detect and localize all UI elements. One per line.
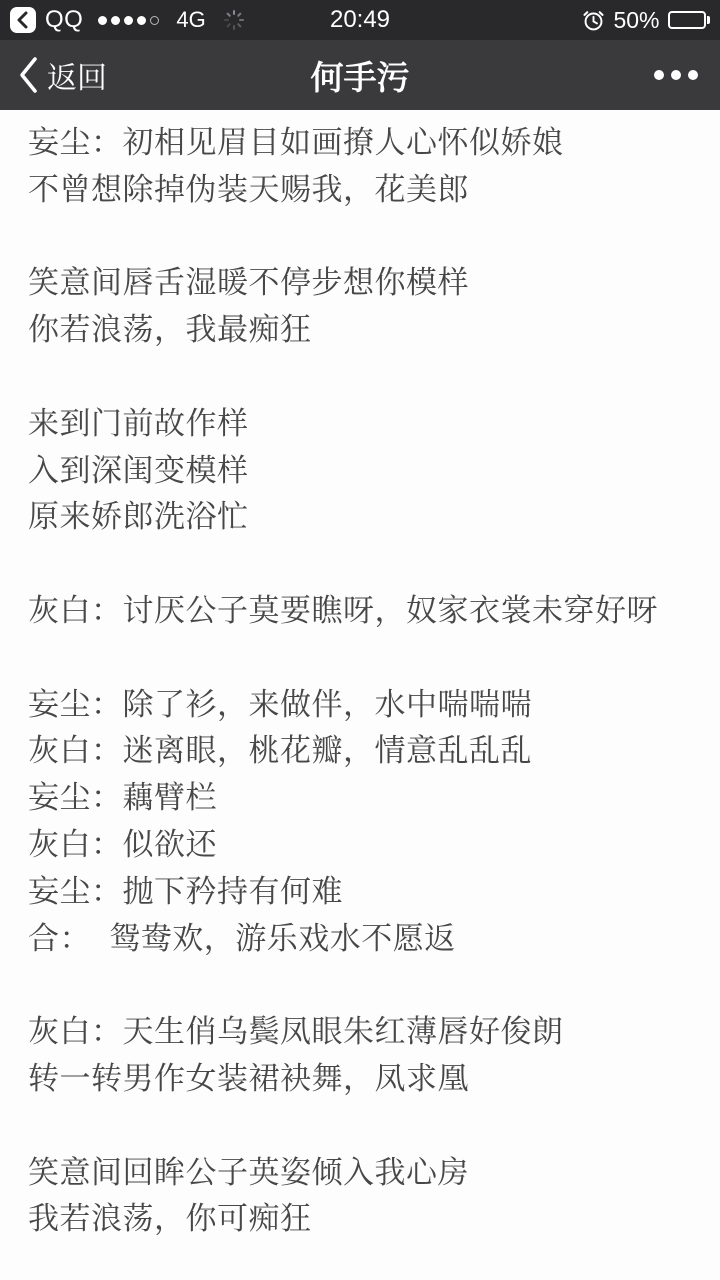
- lyric-line: 合： 鸳鸯欢，游乐戏水不愿返: [28, 916, 700, 963]
- lyric-line: 妄尘：初相见眉目如画撩人心怀似娇娘: [28, 120, 700, 167]
- lyric-line: [28, 635, 700, 682]
- more-options-button[interactable]: [650, 60, 702, 90]
- lyric-line: 灰白：似欲还: [28, 822, 700, 869]
- back-chevron-icon: [18, 56, 39, 94]
- lyric-line: 妄尘：抛下矜持有何难: [28, 869, 700, 916]
- lyric-line: [28, 214, 700, 261]
- back-to-app-button[interactable]: [10, 7, 36, 33]
- lyric-line: 灰白：迷离眼，桃花瓣，情意乱乱乱: [28, 728, 700, 775]
- status-app-name: QQ: [45, 6, 83, 34]
- lyric-line: 我若浪荡，你可痴狂: [28, 1196, 700, 1243]
- signal-strength-icon: [98, 16, 159, 25]
- more-dot-icon: [654, 70, 664, 80]
- lyric-line: 笑意间唇舌湿暖不停步想你模样: [28, 260, 700, 307]
- more-dot-icon: [688, 70, 698, 80]
- lyric-line: 妄尘：除了衫，来做伴，水中喘喘喘: [28, 682, 700, 729]
- lyric-line: 不曾想除掉伪装天赐我，花美郎: [28, 167, 700, 214]
- lyric-line: [28, 541, 700, 588]
- lyrics-content[interactable]: 妄尘：初相见眉目如画撩人心怀似娇娘不曾想除掉伪装天赐我，花美郎笑意间唇舌湿暖不停…: [0, 110, 720, 1280]
- battery-icon: [668, 11, 711, 29]
- nav-bar: 返回 何手污: [0, 40, 720, 110]
- lyric-line: [28, 962, 700, 1009]
- battery-percent-label: 50%: [613, 7, 659, 34]
- lyric-line: 妄尘：藕臂栏: [28, 775, 700, 822]
- chevron-left-icon: [15, 11, 31, 29]
- phone-screen: QQ 4G 20:49: [0, 0, 720, 1280]
- lyric-line: [28, 1103, 700, 1150]
- lyric-line: 笑意间回眸公子英姿倾入我心房: [28, 1150, 700, 1197]
- network-type-label: 4G: [176, 7, 205, 33]
- lyric-line: 灰白：天生俏乌鬓凤眼朱红薄唇好俊朗: [28, 1009, 700, 1056]
- lyric-line: 你若浪荡，我最痴狂: [28, 307, 700, 354]
- lyric-line: [28, 354, 700, 401]
- more-dot-icon: [671, 70, 681, 80]
- lyric-line: 入到深闺变模样: [28, 448, 700, 495]
- page-title: 何手污: [0, 52, 720, 99]
- status-bar-right: 50%: [582, 7, 710, 34]
- lyric-line: 转一转男作女装裙袂舞，凤求凰: [28, 1056, 700, 1103]
- back-button-label: 返回: [47, 53, 107, 97]
- alarm-clock-icon: [582, 9, 605, 32]
- status-bar-left: QQ 4G: [10, 6, 245, 34]
- activity-spinner-icon: [223, 9, 245, 31]
- status-bar: QQ 4G 20:49: [0, 0, 720, 40]
- lyric-line: 原来娇郎洗浴忙: [28, 494, 700, 541]
- lyric-line: 灰白：讨厌公子莫要瞧呀，奴家衣裳未穿好呀: [28, 588, 700, 635]
- back-button[interactable]: 返回: [18, 53, 107, 97]
- lyric-line: 来到门前故作样: [28, 401, 700, 448]
